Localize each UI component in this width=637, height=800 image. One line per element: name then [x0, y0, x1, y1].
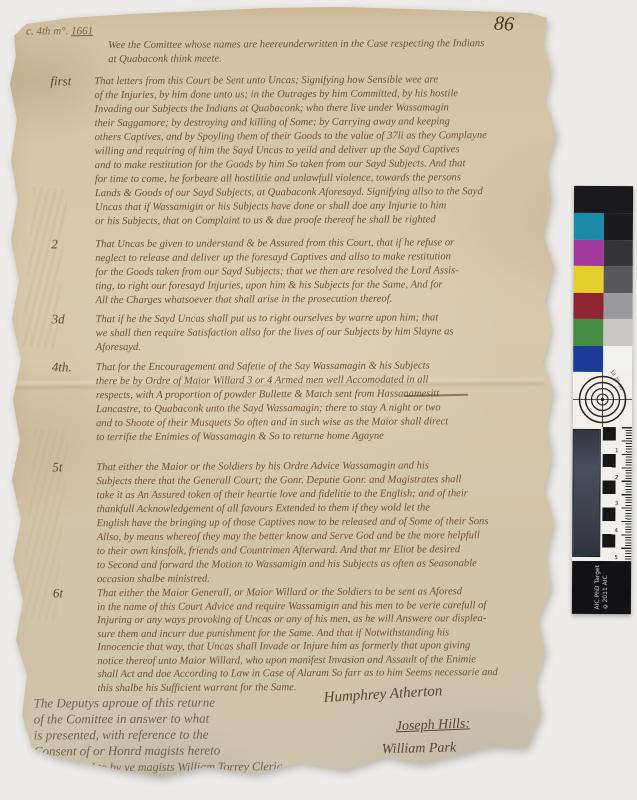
- color-patch-row: [573, 345, 632, 372]
- article-body: That either the Maior Generall, or Maior…: [97, 585, 555, 695]
- color-patch: [574, 239, 604, 266]
- ruler-number: 4: [612, 507, 620, 534]
- target-footer-label: AIC PhD Target ©2011 AIC: [593, 565, 609, 610]
- article-number: 6t: [53, 586, 63, 600]
- color-patch: [573, 319, 603, 346]
- manuscript-line: All the Charges whatsoever that shall ar…: [95, 292, 552, 308]
- gray-patch: [603, 319, 633, 346]
- ruler-number: 1: [613, 427, 621, 454]
- article-body: That Uncas be given to understand & be A…: [95, 236, 552, 308]
- target-top-cap: [574, 186, 633, 213]
- color-patch-row: [574, 213, 633, 240]
- signatures: Humphrey AthertonJoseph Hills:William Pa…: [323, 683, 553, 757]
- article-number: 2: [51, 237, 58, 251]
- color-patch: [574, 213, 604, 240]
- ruler-numbers: 12345: [612, 427, 621, 561]
- article-number: 5t: [52, 460, 62, 474]
- article-number: 4th.: [52, 360, 72, 374]
- manuscript-line: others Captives, and by Spoyling them of…: [95, 129, 552, 145]
- gray-patch: [603, 266, 633, 293]
- color-patch-rows: [573, 213, 633, 372]
- gray-patch: [603, 293, 633, 320]
- article-second: 2 That Uncas be given to understand & be…: [51, 236, 552, 309]
- article-first: first That letters from this Court be Se…: [50, 73, 552, 230]
- article-body: That letters from this Court be Sent unt…: [94, 73, 552, 229]
- article-number: 3d: [52, 312, 65, 326]
- photo-stage: c. 4th m°. 1661 86 Wee the Comittee whos…: [0, 0, 637, 800]
- color-patch-row: [574, 239, 633, 266]
- signature: William Park: [382, 737, 554, 758]
- article-body: That either the Maior or the Soldiers by…: [96, 459, 554, 587]
- gray-patch: [603, 240, 633, 267]
- closing-line: Edw. Rawson Secret: [134, 773, 464, 791]
- color-calibration-target: 102030 12345 AIC PhD Target ©2011 AIC: [572, 186, 633, 614]
- registration-target: 102030: [573, 372, 632, 427]
- manuscript-line: Aforesayd.: [96, 339, 553, 355]
- ruler-number: 5: [612, 534, 620, 561]
- manuscript-paper-wrap: c. 4th m°. 1661 86 Wee the Comittee whos…: [0, 0, 637, 800]
- gloss-strip: [572, 429, 601, 557]
- date-annotation-prefix: c. 4th m°.: [26, 25, 68, 37]
- manuscript-line: shall Act and doe According to Law in Ca…: [97, 666, 554, 682]
- article-sixth: 6t That either the Maior Generall, or Ma…: [53, 585, 555, 696]
- manuscript-text: c. 4th m°. 1661 86 Wee the Comittee whos…: [0, 0, 637, 800]
- color-patch: [573, 345, 603, 372]
- color-patch: [573, 292, 603, 319]
- manuscript-line: Wee the Comittee whose names are heereun…: [108, 37, 484, 53]
- gray-patch: [603, 213, 633, 240]
- stray-mark: [158, 781, 174, 798]
- preamble: Wee the Comittee whose names are heereun…: [108, 37, 484, 67]
- ring-labels: 102030: [607, 375, 623, 390]
- signature: Joseph Hills:: [395, 712, 554, 735]
- date-annotation-year: 1661: [71, 25, 93, 37]
- ruler-ticks-minor: [625, 427, 632, 561]
- manuscript-line: at Quabaconk think meete.: [108, 51, 484, 67]
- gray-patch: [603, 346, 633, 373]
- ruler-number: 2: [613, 454, 621, 481]
- folio-number: 86: [493, 12, 514, 35]
- color-patch: [574, 266, 604, 293]
- ruler-number: 3: [612, 481, 620, 508]
- manuscript-paper: c. 4th m°. 1661 86 Wee the Comittee whos…: [0, 0, 637, 800]
- color-patch-row: [573, 292, 632, 319]
- date-annotation: c. 4th m°. 1661: [26, 25, 93, 38]
- article-body: That for the Encouragement and Safetie o…: [96, 359, 553, 445]
- manuscript-line: English have the bringing up of those Ca…: [97, 515, 554, 531]
- target-ruler: 12345: [572, 427, 632, 561]
- manuscript-line: or his Subjects, that on Complaint to us…: [95, 213, 552, 229]
- article-third: 3d That if he the Sayd Uncas shall put u…: [52, 311, 553, 356]
- article-fifth: 5t That either the Maior or the Soldiers…: [52, 459, 554, 588]
- color-patch-row: [574, 266, 633, 293]
- manuscript-line: Injuring or any ways provoking of Uncas …: [97, 612, 554, 628]
- manuscript-line: to terrifie the Enimies of Wassamagin & …: [96, 429, 553, 445]
- article-fourth: 4th. That for the Encouragement and Safe…: [52, 359, 553, 446]
- color-patch-row: [573, 319, 632, 346]
- closing-line: Consented to by ye magists William Torre…: [44, 757, 464, 775]
- registration-target-icon: [573, 372, 632, 427]
- target-bottom-cap: AIC PhD Target ©2011 AIC: [572, 561, 631, 614]
- article-body: That if he the Sayd Uncas shall put us t…: [96, 311, 553, 355]
- article-number: first: [50, 74, 71, 88]
